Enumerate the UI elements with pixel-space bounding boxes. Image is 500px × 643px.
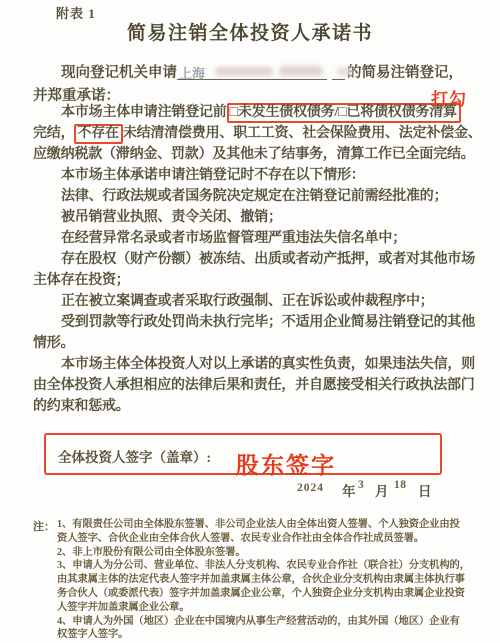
body-line: 完结，不存在未结清清偿费用、职工工资、社会保险费用、法定补偿金、 (33, 123, 483, 144)
date-line: 2024 年 3 月 18 日 (0, 480, 500, 500)
date-day-unit: 日 (418, 480, 432, 500)
company-name-blank: 上海 (177, 62, 327, 80)
text-segment: 权签字人签字。 (57, 629, 128, 640)
text-segment: 由其隶属主体的法定代表人签字并加盖隶属主体公章，合伙企业分支机构由隶属主体执行事 (57, 574, 465, 585)
annotation-shareholder-sign-label: 股东签字 (236, 447, 336, 480)
body-line: 存在股权（财产份额）被冻结、出质或者动产抵押，或者对其他市场 (33, 249, 483, 270)
body-line: 本市场主体申请注销登记前□未发生债权债务/□已将债权债务清算 (33, 102, 483, 123)
text-segment: 本市场主体申请注销登记前 (61, 105, 227, 120)
note-line: 务合伙人（或委派代表）签字并加盖隶属企业公章，个人独资企业分支机构由隶属企业投资 (57, 587, 492, 601)
text-segment: 主体存在投资； (33, 273, 130, 288)
text-segment: 人签字并加盖隶属企业公章。 (57, 602, 190, 613)
text-segment: 本市场主体全体投资人对以上承诺的真实性负责，如果违法失信，则 (61, 357, 475, 372)
document-page: 附表 1 简易注销全体投资人承诺书 现向登记机关申请上海的简易注销登记， 并郑重… (0, 0, 500, 643)
note-line: 2、非上市股份有限公司由全体股东签署。 (57, 546, 492, 560)
notes-label: 注： (33, 518, 55, 534)
redacted-blur (337, 67, 353, 76)
body-line: 由全体投资人承担相应的法律后果和责任，并自愿接受相关行政执法部门 (33, 375, 483, 396)
redacted-blur (279, 66, 323, 76)
note-line: 人签字并加盖隶属企业公章。 (57, 601, 492, 615)
apply-prefix: 现向登记机关申请 (61, 65, 177, 81)
text-segment: 2、非上市股份有限公司由全体股东签署。 (57, 547, 246, 558)
body-line: 本市场主体承诺申请注销登记时不存在以下情形： (33, 165, 483, 186)
text-segment: 的约束和惩戒。 (33, 399, 130, 414)
text-segment: 存在股权（财产份额）被冻结、出质或者动产抵押，或者对其他市场 (61, 252, 475, 267)
text-segment: 法律、行政法规或者国务院决定规定在注销登记前需经批准的； (61, 189, 447, 204)
highlighted-buchunzai: 不存在 (74, 124, 122, 144)
annotation-check-mark-label: 打勾 (431, 85, 467, 110)
note-line: 1、有限责任公司由全体股东签署、非公司企业法人由全体出资人签署、个人独资企业由投 (57, 518, 492, 532)
body-line: 情形。 (33, 333, 483, 354)
note-line: 权签字人签字。 (57, 628, 492, 642)
note-line: 由其隶属主体的法定代表人签字并加盖隶属主体公章，合伙企业分支机构由隶属主体执行事 (57, 573, 492, 587)
apply-suffix: 的简易注销登记， (347, 65, 463, 81)
body-line: 在经营异常名录或者市场监督管理严重违法失信名单中； (33, 228, 483, 249)
page-title: 简易注销全体投资人承诺书 (0, 18, 500, 45)
body-line: 正在被立案调查或者采取行政强制、正在诉讼或仲裁程序中； (33, 291, 483, 312)
intro-line-apply: 现向登记机关申请上海的简易注销登记， (33, 61, 463, 82)
checkbox-options: □未发生债权债务/□已将债权债务清算 (227, 103, 461, 123)
date-year-unit: 年 (342, 480, 356, 500)
note-line: 3、申请人为分公司、营业单位、非法人分支机构、农民专业合作社（联合社）分支机构的… (57, 559, 492, 573)
text-segment: 受到罚款等行政处罚尚未执行完毕；不适用企业简易注销登记的其他 (61, 315, 475, 330)
notes-block: 1、有限责任公司由全体股东签署、非公司企业法人由全体出资人签署、个人独资企业由投… (57, 518, 492, 642)
body-line: 法律、行政法规或者国务院决定规定在注销登记前需经批准的； (33, 186, 483, 207)
annotation-box-signature: 全体投资人签字（盖章）: 股东签字 (44, 433, 442, 475)
text-segment: 应缴纳税款（滞纳金、罚款）及其他未了结事务，清算工作已全面完结。 (33, 147, 475, 162)
company-city-text: 上海 (179, 63, 205, 82)
note-line: 4、申请人为外国（地区）企业在中国境内从事生产经营活动的，由其外国（地区）企业有 (57, 615, 492, 629)
body-line: 被吊销营业执照、责令关闭、撤销； (33, 207, 483, 228)
text-segment: 由全体投资人承担相应的法律后果和责任，并自愿接受相关行政执法部门 (33, 378, 475, 393)
text-segment: 资人签字、合伙企业由全体合伙人签署、农民专业合作社由全体合作社成员签署。 (57, 533, 424, 544)
text-segment: 3、申请人为分公司、营业单位、非法人分支机构、农民专业合作社（联合社）分支机构的… (57, 560, 470, 571)
text-segment: 完结， (33, 126, 74, 141)
body-line: 的约束和惩戒。 (33, 396, 483, 417)
body-line: 本市场主体全体投资人对以上承诺的真实性负责，如果违法失信，则 (33, 354, 483, 375)
commitment-body: 本市场主体申请注销登记前□未发生债权债务/□已将债权债务清算完结，不存在未结清清… (33, 102, 483, 417)
text-segment: 未结清清偿费用、职工工资、社会保险费用、法定补偿金、 (123, 126, 482, 141)
redacted-blur (215, 67, 273, 76)
body-line: 主体存在投资； (33, 270, 483, 291)
date-month-value: 3 (358, 479, 364, 491)
text-segment: 1、有限责任公司由全体股东签署、非公司企业法人由全体出资人签署、个人独资企业由投 (57, 519, 460, 530)
date-month-unit: 月 (375, 480, 389, 500)
text-segment: 正在被立案调查或者采取行政强制、正在诉讼或仲裁程序中； (61, 294, 434, 309)
text-segment: 本市场主体承诺申请注销登记时不存在以下情形： (61, 168, 365, 183)
date-day-value: 18 (394, 479, 407, 491)
text-segment: 务合伙人（或委派代表）签字并加盖隶属企业公章，个人独资企业分支机构由隶属企业投资 (57, 588, 465, 599)
text-segment: 情形。 (33, 336, 74, 351)
date-year-value: 2024 (297, 482, 324, 494)
note-line: 资人签字、合伙企业由全体合伙人签署、农民专业合作社由全体合作社成员签署。 (57, 532, 492, 546)
body-line: 应缴纳税款（滞纳金、罚款）及其他未了结事务，清算工作已全面完结。 (33, 144, 483, 165)
text-segment: 在经营异常名录或者市场监督管理严重违法失信名单中； (61, 231, 406, 246)
text-segment: 4、申请人为外国（地区）企业在中国境内从事生产经营活动的，由其外国（地区）企业有 (57, 616, 460, 627)
text-segment: 被吊销营业执照、责令关闭、撤销； (61, 210, 282, 225)
signature-label: 全体投资人签字（盖章）: (58, 446, 211, 466)
body-line: 受到罚款等行政处罚尚未执行完毕；不适用企业简易注销登记的其他 (33, 312, 483, 333)
